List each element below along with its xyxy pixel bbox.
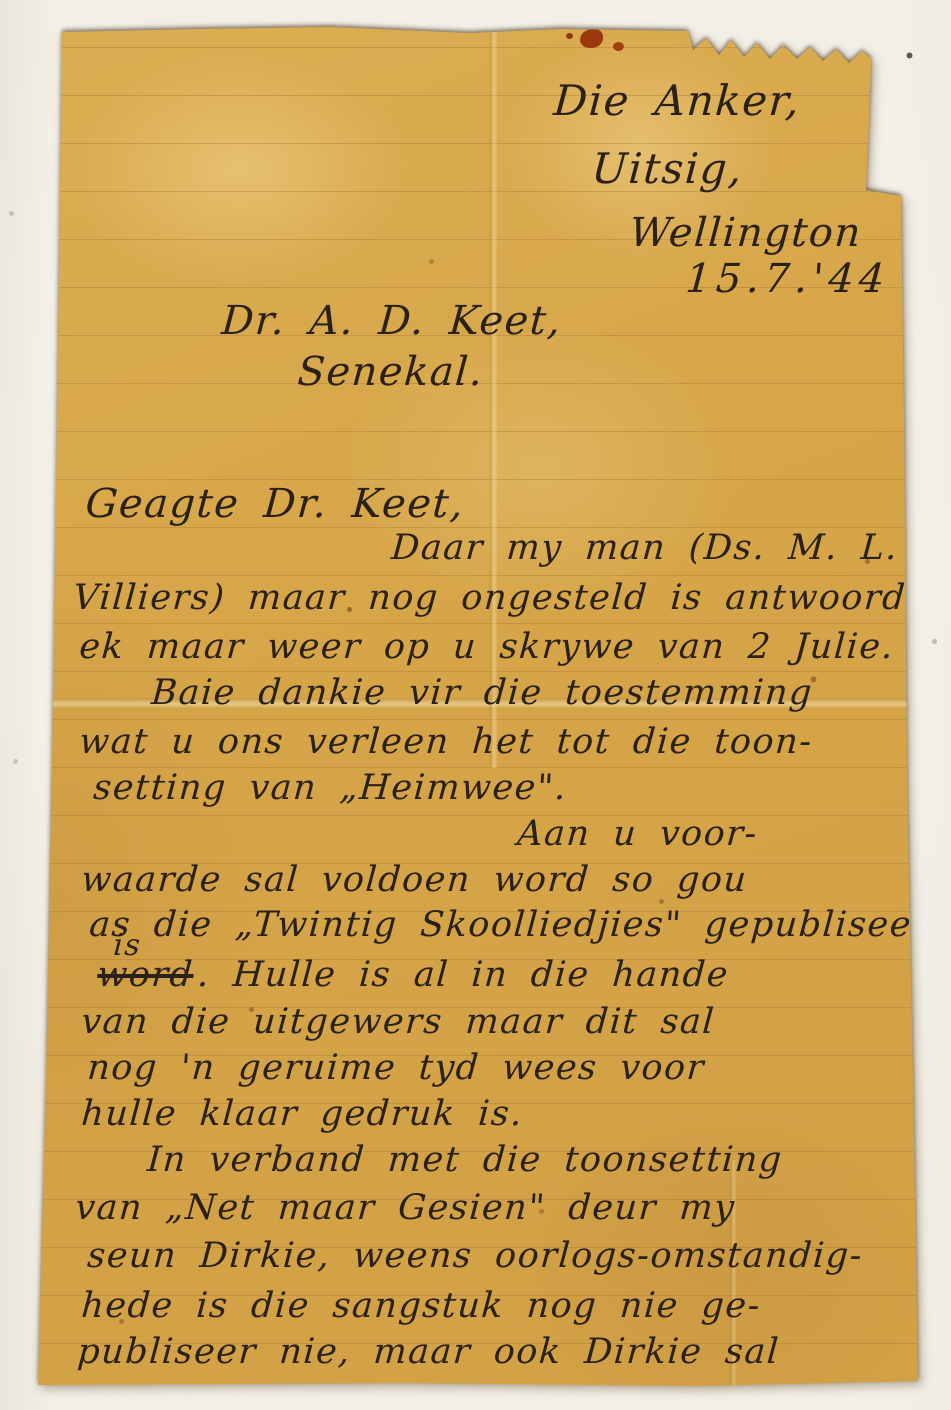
letterhead-line: Wellington: [628, 210, 863, 256]
letterhead-line: Die Anker,: [552, 76, 802, 125]
handwriting-line: van die uitgewers maar dit sal: [80, 1002, 717, 1042]
handwriting-line: waarde sal voldoen word so gou: [80, 860, 749, 900]
letterhead-line: Uitsig,: [590, 144, 745, 193]
handwriting-line: seun Dirkie, weens oorlogs-omstandig-: [86, 1236, 864, 1276]
handwriting-line: Aan u voor-: [516, 814, 759, 854]
handwriting-line: publiseer nie, maar ook Dirkie sal: [76, 1332, 781, 1372]
paper-sheet: Die Anker, Uitsig, Wellington 15.7.'44 D…: [0, 0, 951, 1410]
handwriting-line: as die „Twintig Skoolliedjies" gepublise…: [88, 905, 932, 945]
handwriting-line: van „Net maar Gesien" deur my: [74, 1188, 737, 1228]
letter-paper-wrapper: Die Anker, Uitsig, Wellington 15.7.'44 D…: [0, 0, 951, 1410]
correction-struck-text: word: [96, 955, 195, 995]
handwriting-line-rest: . Hulle is al in die hande: [196, 955, 730, 995]
handwriting-line: Baie dankie vir die toestemming: [150, 673, 814, 713]
rust-stain-edge: [715, 31, 719, 35]
correction-inserted-text: is: [112, 928, 142, 963]
handwriting-line: hulle klaar gedruk is.: [80, 1094, 525, 1134]
letter-date: 15.7.'44: [684, 256, 891, 302]
handwriting-line: Villiers) maar nog ongesteld is antwoord: [72, 578, 908, 618]
correction-group: is word: [96, 955, 195, 995]
handwriting-line: wat u ons verleen het tot die toon-: [78, 722, 814, 762]
handwriting-line: In verband met die toonsetting: [146, 1140, 784, 1180]
handwriting-line: ek maar weer op u skrywe van 2 Julie.: [78, 627, 896, 667]
recipient-name: Dr. A. D. Keet,: [220, 298, 563, 344]
handwriting-line: Daar my man (Ds. M. L. de: [390, 528, 951, 568]
recipient-town: Senekal.: [296, 349, 485, 395]
handwriting-line: setting van „Heimwee".: [92, 768, 569, 808]
handwriting-line-correction: is word . Hulle is al in die hande: [96, 955, 730, 995]
salutation: Geagte Dr. Keet,: [84, 481, 466, 527]
rust-stain-small: [566, 33, 573, 39]
rust-stain-small: [613, 42, 624, 51]
handwriting-line: hede is die sangstuk nog nie ge-: [80, 1286, 762, 1326]
rust-stain-edge: [697, 34, 703, 39]
handwriting-line: nog 'n geruime tyd wees voor: [86, 1048, 706, 1088]
paper-specks: [0, 0, 3, 3]
